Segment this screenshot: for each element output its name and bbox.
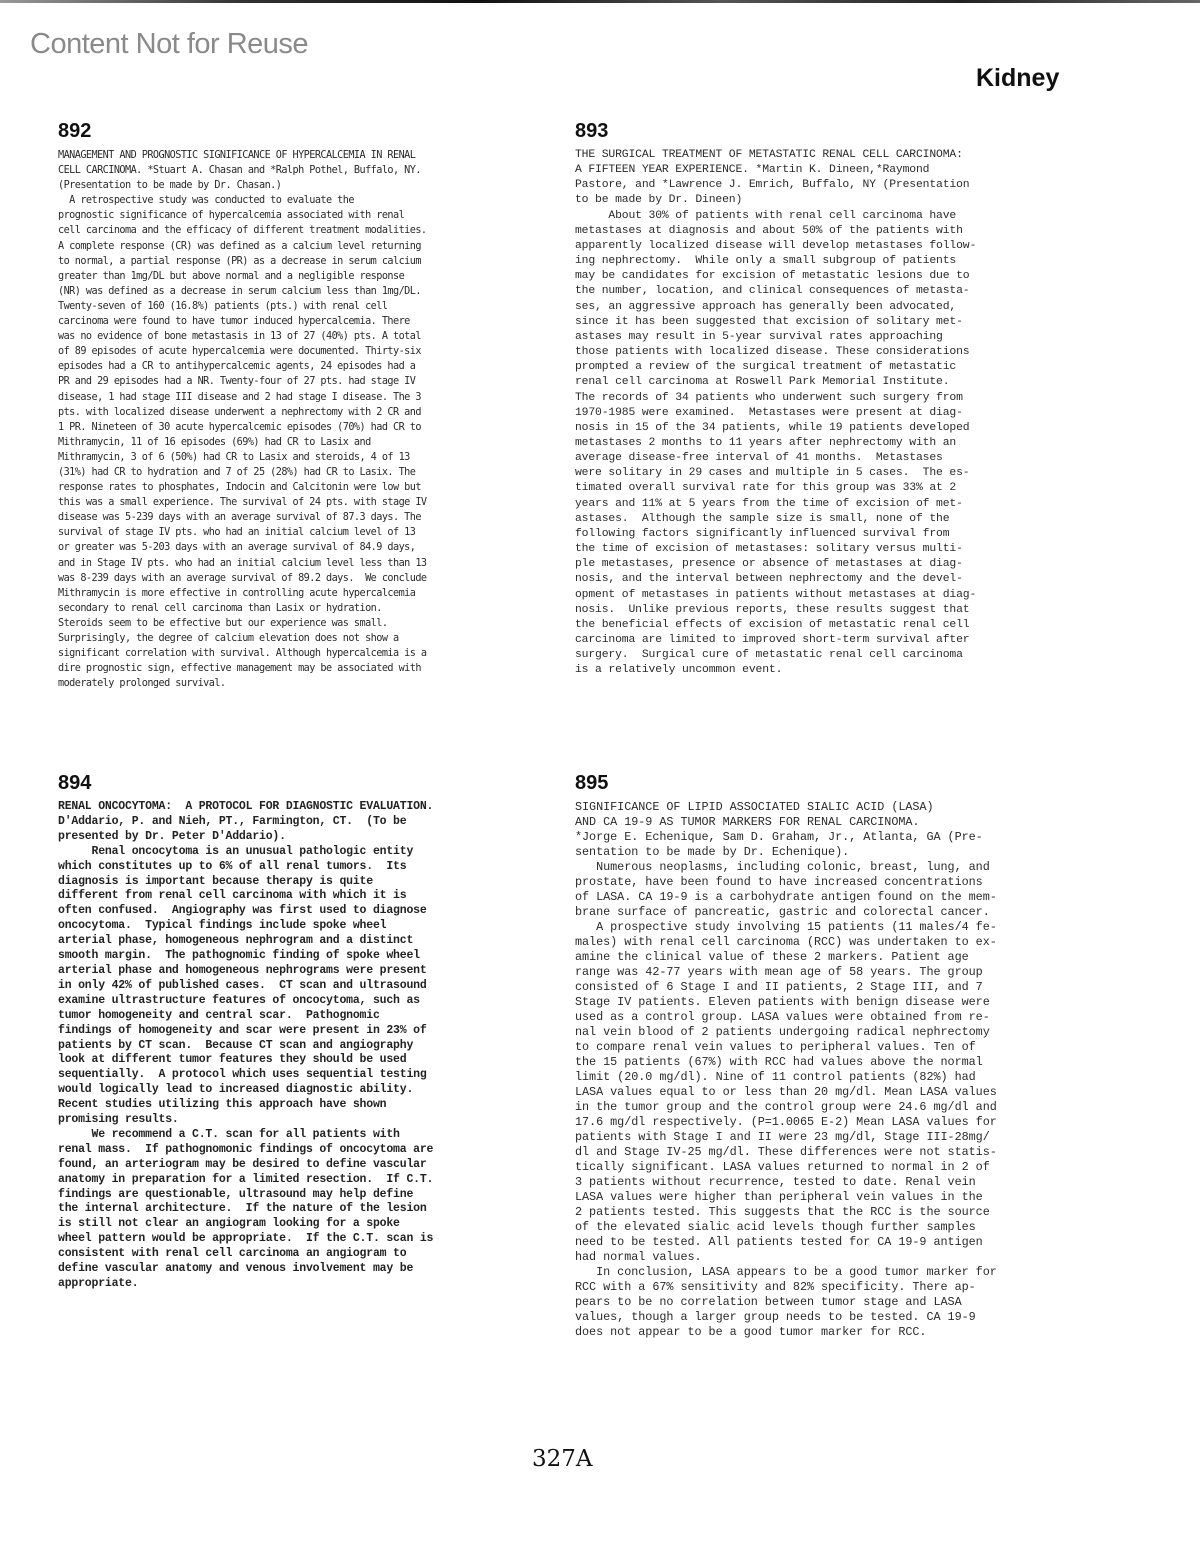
text-line: wheel pattern would be appropriate. If t… — [58, 1232, 433, 1247]
abstract-number: 892 — [58, 120, 427, 142]
text-line: Pastore, and *Lawrence J. Emrich, Buffal… — [575, 178, 976, 193]
text-line: appropriate. — [58, 1277, 433, 1292]
text-line: PR and 29 episodes had a NR. Twenty-four… — [58, 374, 427, 389]
text-line: arterial phase and homogeneous nephrogra… — [58, 964, 433, 979]
text-line: males) with renal cell carcinoma (RCC) w… — [575, 935, 997, 950]
text-line: ses, an aggressive approach has generall… — [575, 300, 976, 315]
text-line: in the tumor group and the control group… — [575, 1100, 997, 1115]
text-line: of 89 episodes of acute hypercalcemia we… — [58, 344, 427, 359]
text-line: were solitary in 29 cases and multiple i… — [575, 466, 976, 481]
text-line: had normal values. — [575, 1250, 997, 1265]
text-line: sequentially. A protocol which uses sequ… — [58, 1068, 433, 1083]
text-line: 3 patients without recurrence, tested to… — [575, 1175, 997, 1190]
text-line: CELL CARCINOMA. *Stuart A. Chasan and *R… — [58, 163, 427, 178]
text-line: would logically lead to increased diagno… — [58, 1083, 433, 1098]
text-line: (Presentation to be made by Dr. Chasan.) — [58, 178, 427, 193]
abstract-body: THE SURGICAL TREATMENT OF METASTATIC REN… — [575, 148, 976, 678]
text-line: nosis. Unlike previous reports, these re… — [575, 603, 976, 618]
text-line: define vascular anatomy and venous invol… — [58, 1262, 433, 1277]
text-line: About 30% of patients with renal cell ca… — [575, 209, 976, 224]
text-line: tically significant. LASA values returne… — [575, 1160, 997, 1175]
text-line: nosis, and the interval between nephrect… — [575, 572, 976, 587]
text-line: response rates to phosphates, Indocin an… — [58, 480, 427, 495]
text-line: A complete response (CR) was defined as … — [58, 239, 427, 254]
text-line: (NR) was defined as a decrease in serum … — [58, 284, 427, 299]
text-line: brane surface of pancreatic, gastric and… — [575, 905, 997, 920]
text-line: D'Addario, P. and Nieh, PT., Farmington,… — [58, 815, 433, 830]
section-title: Kidney — [976, 64, 1059, 93]
text-line: in only 42% of published cases. CT scan … — [58, 979, 433, 994]
text-line: the 15 patients (67%) with RCC had value… — [575, 1055, 997, 1070]
text-line: MANAGEMENT AND PROGNOSTIC SIGNIFICANCE O… — [58, 148, 427, 163]
watermark: Content Not for Reuse — [30, 28, 308, 61]
text-line: nosis in 15 of the 34 patients, while 19… — [575, 421, 976, 436]
text-line: anatomy in preparation for a limited res… — [58, 1173, 433, 1188]
text-line: disease was 5-239 days with an average s… — [58, 510, 427, 525]
text-line: Mithramycin, 11 of 16 episodes (69%) had… — [58, 435, 427, 450]
text-line: disease, 1 had stage III disease and 2 h… — [58, 390, 427, 405]
text-line: greater than 1mg/DL but above normal and… — [58, 269, 427, 284]
text-line: this was a small experience. The surviva… — [58, 495, 427, 510]
text-line: often confused. Angiography was first us… — [58, 904, 433, 919]
text-line: Renal oncocytoma is an unusual pathologi… — [58, 845, 433, 860]
text-line: average disease-free interval of 41 mont… — [575, 451, 976, 466]
abstract-892: 892 MANAGEMENT AND PROGNOSTIC SIGNIFICAN… — [58, 120, 427, 691]
text-line: to be made by Dr. Dineen) — [575, 193, 976, 208]
text-line: LASA values equal to or less than 20 mg/… — [575, 1085, 997, 1100]
text-line: prognostic significance of hypercalcemia… — [58, 208, 427, 223]
abstract-body: RENAL ONCOCYTOMA: A PROTOCOL FOR DIAGNOS… — [58, 800, 433, 1292]
text-line: surgery. Surgical cure of metastatic ren… — [575, 648, 976, 663]
text-line: may be candidates for excision of metast… — [575, 269, 976, 284]
text-line: tumor homogeneity and central scar. Path… — [58, 1009, 433, 1024]
text-line: astases may result in 5-year survival ra… — [575, 330, 976, 345]
text-line: which constitutes up to 6% of all renal … — [58, 860, 433, 875]
text-line: metastases at diagnosis and about 50% of… — [575, 224, 976, 239]
text-line: In conclusion, LASA appears to be a good… — [575, 1265, 997, 1280]
text-line: consisted of 6 Stage I and II patients, … — [575, 980, 997, 995]
text-line: limit (20.0 mg/dl). Nine of 11 control p… — [575, 1070, 997, 1085]
text-line: those patients with localized disease. T… — [575, 345, 976, 360]
text-line: Mithramycin is more effective in control… — [58, 586, 427, 601]
text-line: RCC with a 67% sensitivity and 82% speci… — [575, 1280, 997, 1295]
text-line: to compare renal vein values to peripher… — [575, 1040, 997, 1055]
text-line: (31%) had CR to hydration and 7 of 25 (2… — [58, 465, 427, 480]
abstract-number: 894 — [58, 772, 433, 794]
text-line: nal vein blood of 2 patients undergoing … — [575, 1025, 997, 1040]
text-line: secondary to renal cell carcinoma than L… — [58, 601, 427, 616]
text-line: is a relatively uncommon event. — [575, 663, 976, 678]
abstract-894: 894 RENAL ONCOCYTOMA: A PROTOCOL FOR DIA… — [58, 772, 433, 1292]
text-line: or greater was 5-203 days with an averag… — [58, 540, 427, 555]
abstract-895: 895 SIGNIFICANCE OF LIPID ASSOCIATED SIA… — [575, 772, 997, 1340]
text-line: metastases 2 months to 11 years after ne… — [575, 436, 976, 451]
text-line: the number, location, and clinical conse… — [575, 284, 976, 299]
text-line: pears to be no correlation between tumor… — [575, 1295, 997, 1310]
text-line: to normal, a partial response (PR) as a … — [58, 254, 427, 269]
text-line: found, an arteriogram may be desired to … — [58, 1158, 433, 1173]
text-line: renal mass. If pathognomonic findings of… — [58, 1143, 433, 1158]
text-line: episodes had a CR to antihypercalcemic a… — [58, 359, 427, 374]
text-line: Numerous neoplasms, including colonic, b… — [575, 860, 997, 875]
text-line: oncocytoma. Typical findings include spo… — [58, 919, 433, 934]
text-line: following factors significantly influenc… — [575, 527, 976, 542]
text-line: of LASA. CA 19-9 is a carbohydrate antig… — [575, 890, 997, 905]
text-line: moderately prolonged survival. — [58, 676, 427, 691]
text-line: A prospective study involving 15 patient… — [575, 920, 997, 935]
text-line: the time of excision of metastases: soli… — [575, 542, 976, 557]
text-line: patients by CT scan. Because CT scan and… — [58, 1039, 433, 1054]
abstract-number: 893 — [575, 120, 976, 142]
text-line: values, though a larger group needs to b… — [575, 1310, 997, 1325]
text-line: The records of 34 patients who underwent… — [575, 391, 976, 406]
text-line: survival of stage IV pts. who had an ini… — [58, 525, 427, 540]
text-line: 1970-1985 were examined. Metastases were… — [575, 406, 976, 421]
text-line: AND CA 19-9 AS TUMOR MARKERS FOR RENAL C… — [575, 815, 997, 830]
abstract-body: SIGNIFICANCE OF LIPID ASSOCIATED SIALIC … — [575, 800, 997, 1340]
text-line: THE SURGICAL TREATMENT OF METASTATIC REN… — [575, 148, 976, 163]
text-line: consistent with renal cell carcinoma an … — [58, 1247, 433, 1262]
text-line: dire prognostic sign, effective manageme… — [58, 661, 427, 676]
text-line: 1 PR. Nineteen of 30 acute hypercalcemic… — [58, 420, 427, 435]
text-line: cell carcinoma and the efficacy of diffe… — [58, 223, 427, 238]
text-line: promising results. — [58, 1113, 433, 1128]
text-line: examine ultrastructure features of oncoc… — [58, 994, 433, 1009]
text-line: findings are questionable, ultrasound ma… — [58, 1188, 433, 1203]
text-line: SIGNIFICANCE OF LIPID ASSOCIATED SIALIC … — [575, 800, 997, 815]
text-line: Surprisingly, the degree of calcium elev… — [58, 631, 427, 646]
text-line: the internal architecture. If the nature… — [58, 1202, 433, 1217]
text-line: amine the clinical value of these 2 mark… — [575, 950, 997, 965]
text-line: astases. Although the sample size is sma… — [575, 512, 976, 527]
text-line: of the elevated sialic acid levels thoug… — [575, 1220, 997, 1235]
text-line: findings of homogeneity and scar were pr… — [58, 1024, 433, 1039]
text-line: look at different tumor features they sh… — [58, 1053, 433, 1068]
text-line: timated overall survival rate for this g… — [575, 481, 976, 496]
scan-top-border — [0, 0, 1200, 3]
text-line: prostate, have been found to have increa… — [575, 875, 997, 890]
text-line: different from renal cell carcinoma with… — [58, 889, 433, 904]
text-line: used as a control group. LASA values wer… — [575, 1010, 997, 1025]
text-line: apparently localized disease will develo… — [575, 239, 976, 254]
text-line: Stage IV patients. Eleven patients with … — [575, 995, 997, 1010]
text-line: since it has been suggested that excisio… — [575, 315, 976, 330]
abstract-body: MANAGEMENT AND PROGNOSTIC SIGNIFICANCE O… — [58, 148, 427, 691]
text-line: patients with Stage I and II were 23 mg/… — [575, 1130, 997, 1145]
text-line: renal cell carcinoma at Roswell Park Mem… — [575, 375, 976, 390]
text-line: ple metastases, presence or absence of m… — [575, 557, 976, 572]
text-line: was 8-239 days with an average survival … — [58, 571, 427, 586]
abstract-893: 893 THE SURGICAL TREATMENT OF METASTATIC… — [575, 120, 976, 678]
abstract-number: 895 — [575, 772, 997, 794]
text-line: Mithramycin, 3 of 6 (50%) had CR to Lasi… — [58, 450, 427, 465]
text-line: A retrospective study was conducted to e… — [58, 193, 427, 208]
text-line: was no evidence of bone metastasis in 13… — [58, 329, 427, 344]
text-line: ing nephrectomy. While only a small subg… — [575, 254, 976, 269]
text-line: RENAL ONCOCYTOMA: A PROTOCOL FOR DIAGNOS… — [58, 800, 433, 815]
text-line: and in Stage IV pts. who had an initial … — [58, 556, 427, 571]
text-line: 2 patients tested. This suggests that th… — [575, 1205, 997, 1220]
text-line: arterial phase, homogeneous nephrogram a… — [58, 934, 433, 949]
text-line: opment of metastases in patients without… — [575, 588, 976, 603]
page-number: 327A — [532, 1446, 593, 1472]
text-line: prompted a review of the surgical treatm… — [575, 360, 976, 375]
text-line: A FIFTEEN YEAR EXPERIENCE. *Martin K. Di… — [575, 163, 976, 178]
text-line: 17.6 mg/dl respectively. (P=1.0065 E-2) … — [575, 1115, 997, 1130]
text-line: significant correlation with survival. A… — [58, 646, 427, 661]
text-line: *Jorge E. Echenique, Sam D. Graham, Jr.,… — [575, 830, 997, 845]
text-line: sentation to be made by Dr. Echenique). — [575, 845, 997, 860]
text-line: dl and Stage IV-25 mg/dl. These differen… — [575, 1145, 997, 1160]
text-line: Recent studies utilizing this approach h… — [58, 1098, 433, 1113]
text-line: Steroids seem to be effective but our ex… — [58, 616, 427, 631]
text-line: presented by Dr. Peter D'Addario). — [58, 830, 433, 845]
text-line: diagnosis is important because therapy i… — [58, 875, 433, 890]
text-line: the beneficial effects of excision of me… — [575, 618, 976, 633]
text-line: LASA values were higher than peripheral … — [575, 1190, 997, 1205]
text-line: carcinoma were found to have tumor induc… — [58, 314, 427, 329]
text-line: smooth margin. The pathognomic finding o… — [58, 949, 433, 964]
text-line: is still not clear an angiogram looking … — [58, 1217, 433, 1232]
text-line: We recommend a C.T. scan for all patient… — [58, 1128, 433, 1143]
text-line: need to be tested. All patients tested f… — [575, 1235, 997, 1250]
text-line: carcinoma are limited to improved short-… — [575, 633, 976, 648]
text-line: years and 11% at 5 years from the time o… — [575, 497, 976, 512]
text-line: range was 42-77 years with mean age of 5… — [575, 965, 997, 980]
text-line: pts. with localized disease underwent a … — [58, 405, 427, 420]
text-line: does not appear to be a good tumor marke… — [575, 1325, 997, 1340]
text-line: Twenty-seven of 160 (16.8%) patients (pt… — [58, 299, 427, 314]
